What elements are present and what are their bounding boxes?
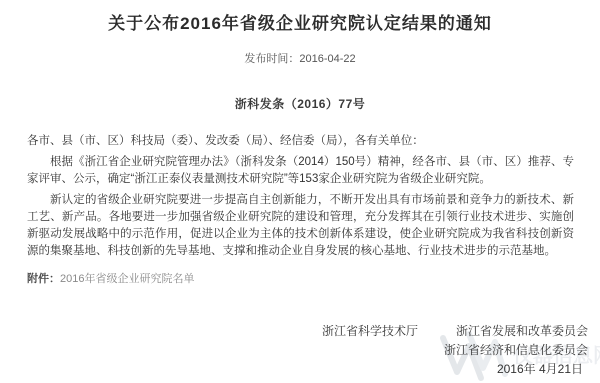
signature-date: 2016年 4月21日 bbox=[322, 360, 588, 379]
publish-time: 发布时间：2016-04-22 bbox=[0, 50, 600, 66]
salutation-paragraph: 各市、县（市、区）科技局（委）、发改委（局）、经信委（局），各有关单位： bbox=[27, 133, 574, 150]
body-paragraph-2: 新认定的省级企业研究院要进一步提高自主创新能力，不断开发出具有市场前景和竞争力的… bbox=[27, 192, 574, 260]
attachment-link[interactable]: 2016年省级企业研究院名单 bbox=[60, 273, 194, 285]
document-body: 各市、县（市、区）科技局（委）、发改委（局）、经信委（局），各有关单位： 根据《… bbox=[27, 133, 574, 260]
signer-economy-commission: 浙江省经济和信息化委员会 bbox=[322, 341, 588, 360]
signer-development-commission: 浙江省发展和改革委员会 bbox=[456, 322, 588, 341]
signature-block: 浙江省科学技术厅 浙江省发展和改革委员会 浙江省经济和信息化委员会 2016年 … bbox=[322, 322, 588, 379]
attachment-line: 附件：2016年省级企业研究院名单 bbox=[27, 270, 573, 286]
document-page: 仪器信息网 关于公布2016年省级企业研究院认定结果的通知 发布时间：2016-… bbox=[0, 0, 600, 383]
publish-time-value: 2016-04-22 bbox=[299, 53, 355, 65]
signature-row-1: 浙江省科学技术厅 浙江省发展和改革委员会 bbox=[322, 322, 588, 341]
attachment-label: 附件： bbox=[27, 273, 60, 285]
document-title: 关于公布2016年省级企业研究院认定结果的通知 bbox=[0, 9, 600, 34]
document-number: 浙科发条（2016）77号 bbox=[0, 95, 600, 112]
signer-science-dept: 浙江省科学技术厅 bbox=[322, 322, 418, 341]
publish-time-label: 发布时间： bbox=[244, 53, 299, 65]
body-paragraph-1: 根据《浙江省企业研究院管理办法》（浙科发条（2014）150号）精神，经各市、县… bbox=[27, 154, 574, 188]
